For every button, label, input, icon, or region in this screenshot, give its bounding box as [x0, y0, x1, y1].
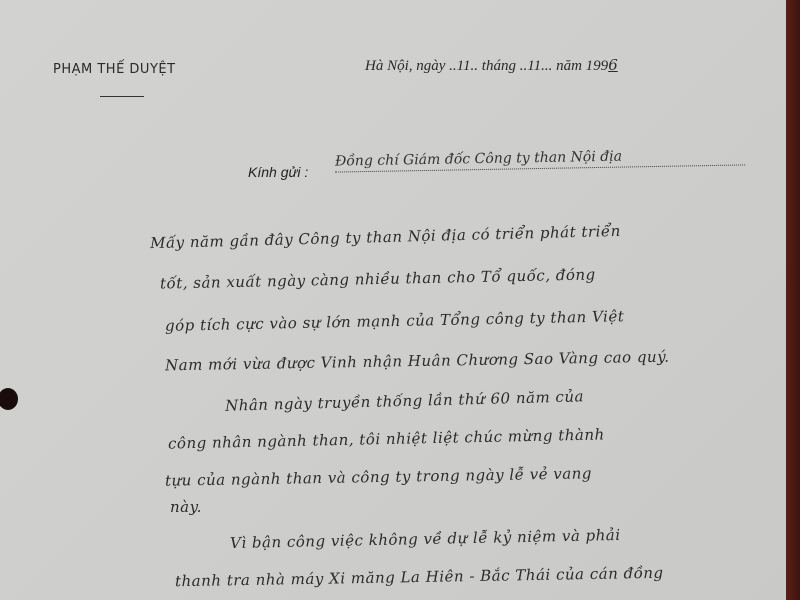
date-line: Hà Nội, ngày ..11.. tháng ..11... năm 19… [365, 56, 618, 75]
greeting-label: Kính gửi : [248, 164, 308, 180]
background-edge [786, 0, 800, 600]
body-line: thanh tra nhà máy Xi măng La Hiên - Bắc … [175, 564, 664, 591]
body-line: tốt, sản xuất ngày càng nhiều than cho T… [160, 265, 596, 292]
sender-name: PHẠM THẾ DUYỆT [53, 62, 176, 77]
body-line: Vì bận công việc không về dự lễ kỷ niệm … [230, 526, 621, 552]
body-line: này. [170, 498, 202, 516]
sender-underline [100, 96, 144, 97]
body-line: Nam mới vừa được Vinh nhận Huân Chương S… [165, 348, 670, 375]
body-line: tựu của ngành than và công ty trong ngày… [165, 464, 592, 489]
date-prefix: Hà Nội, ngày ..11.. tháng ..11... năm 19… [365, 58, 608, 74]
body-line: Nhân ngày truyền thống lần thứ 60 năm củ… [225, 387, 584, 414]
letter-paper: PHẠM THẾ DUYỆT Hà Nội, ngày ..11.. tháng… [0, 0, 786, 600]
punch-hole [0, 388, 18, 410]
body-line: góp tích cực vào sự lớn mạnh của Tổng cô… [165, 307, 625, 335]
recipient-handwritten: Đồng chí Giám đốc Công ty than Nội địa [335, 146, 745, 172]
body-line: công nhân ngành than, tôi nhiệt liệt chú… [168, 425, 605, 452]
body-line: Mấy năm gần đây Công ty than Nội địa có … [150, 222, 621, 252]
date-year-handwritten: 6 [608, 56, 618, 74]
